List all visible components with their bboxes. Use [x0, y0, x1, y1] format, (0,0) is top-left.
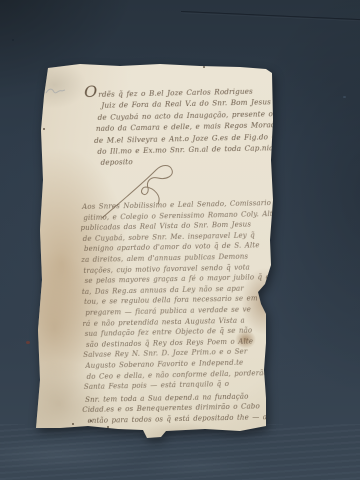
photo-backdrop: Ordẽs q̃ fez o B.el Joze Carlos Rodrigue… — [0, 0, 360, 480]
foxing-speck — [90, 420, 92, 422]
paper-sheet: Ordẽs q̃ fez o B.el Joze Carlos Rodrigue… — [35, 62, 277, 442]
foxing-speck — [43, 128, 45, 130]
manuscript-page: Ordẽs q̃ fez o B.el Joze Carlos Rodrigue… — [35, 62, 277, 442]
pencil-mark — [45, 86, 67, 96]
backdrop-speck — [12, 39, 14, 41]
foxing-speck — [203, 66, 205, 68]
foxing-speck — [72, 423, 74, 425]
backdrop-red-fleck — [26, 341, 30, 344]
foxing-speck — [37, 118, 39, 120]
backdrop-speck — [343, 96, 346, 98]
closing-paragraph: Snr. tem toda a Sua depend.a na fundação… — [85, 391, 277, 426]
foxing-speck — [40, 170, 42, 172]
foxing-speck — [107, 426, 109, 428]
body-paragraph: Aos Snres Nobilissimo e Leal Senado, Com… — [82, 198, 287, 393]
